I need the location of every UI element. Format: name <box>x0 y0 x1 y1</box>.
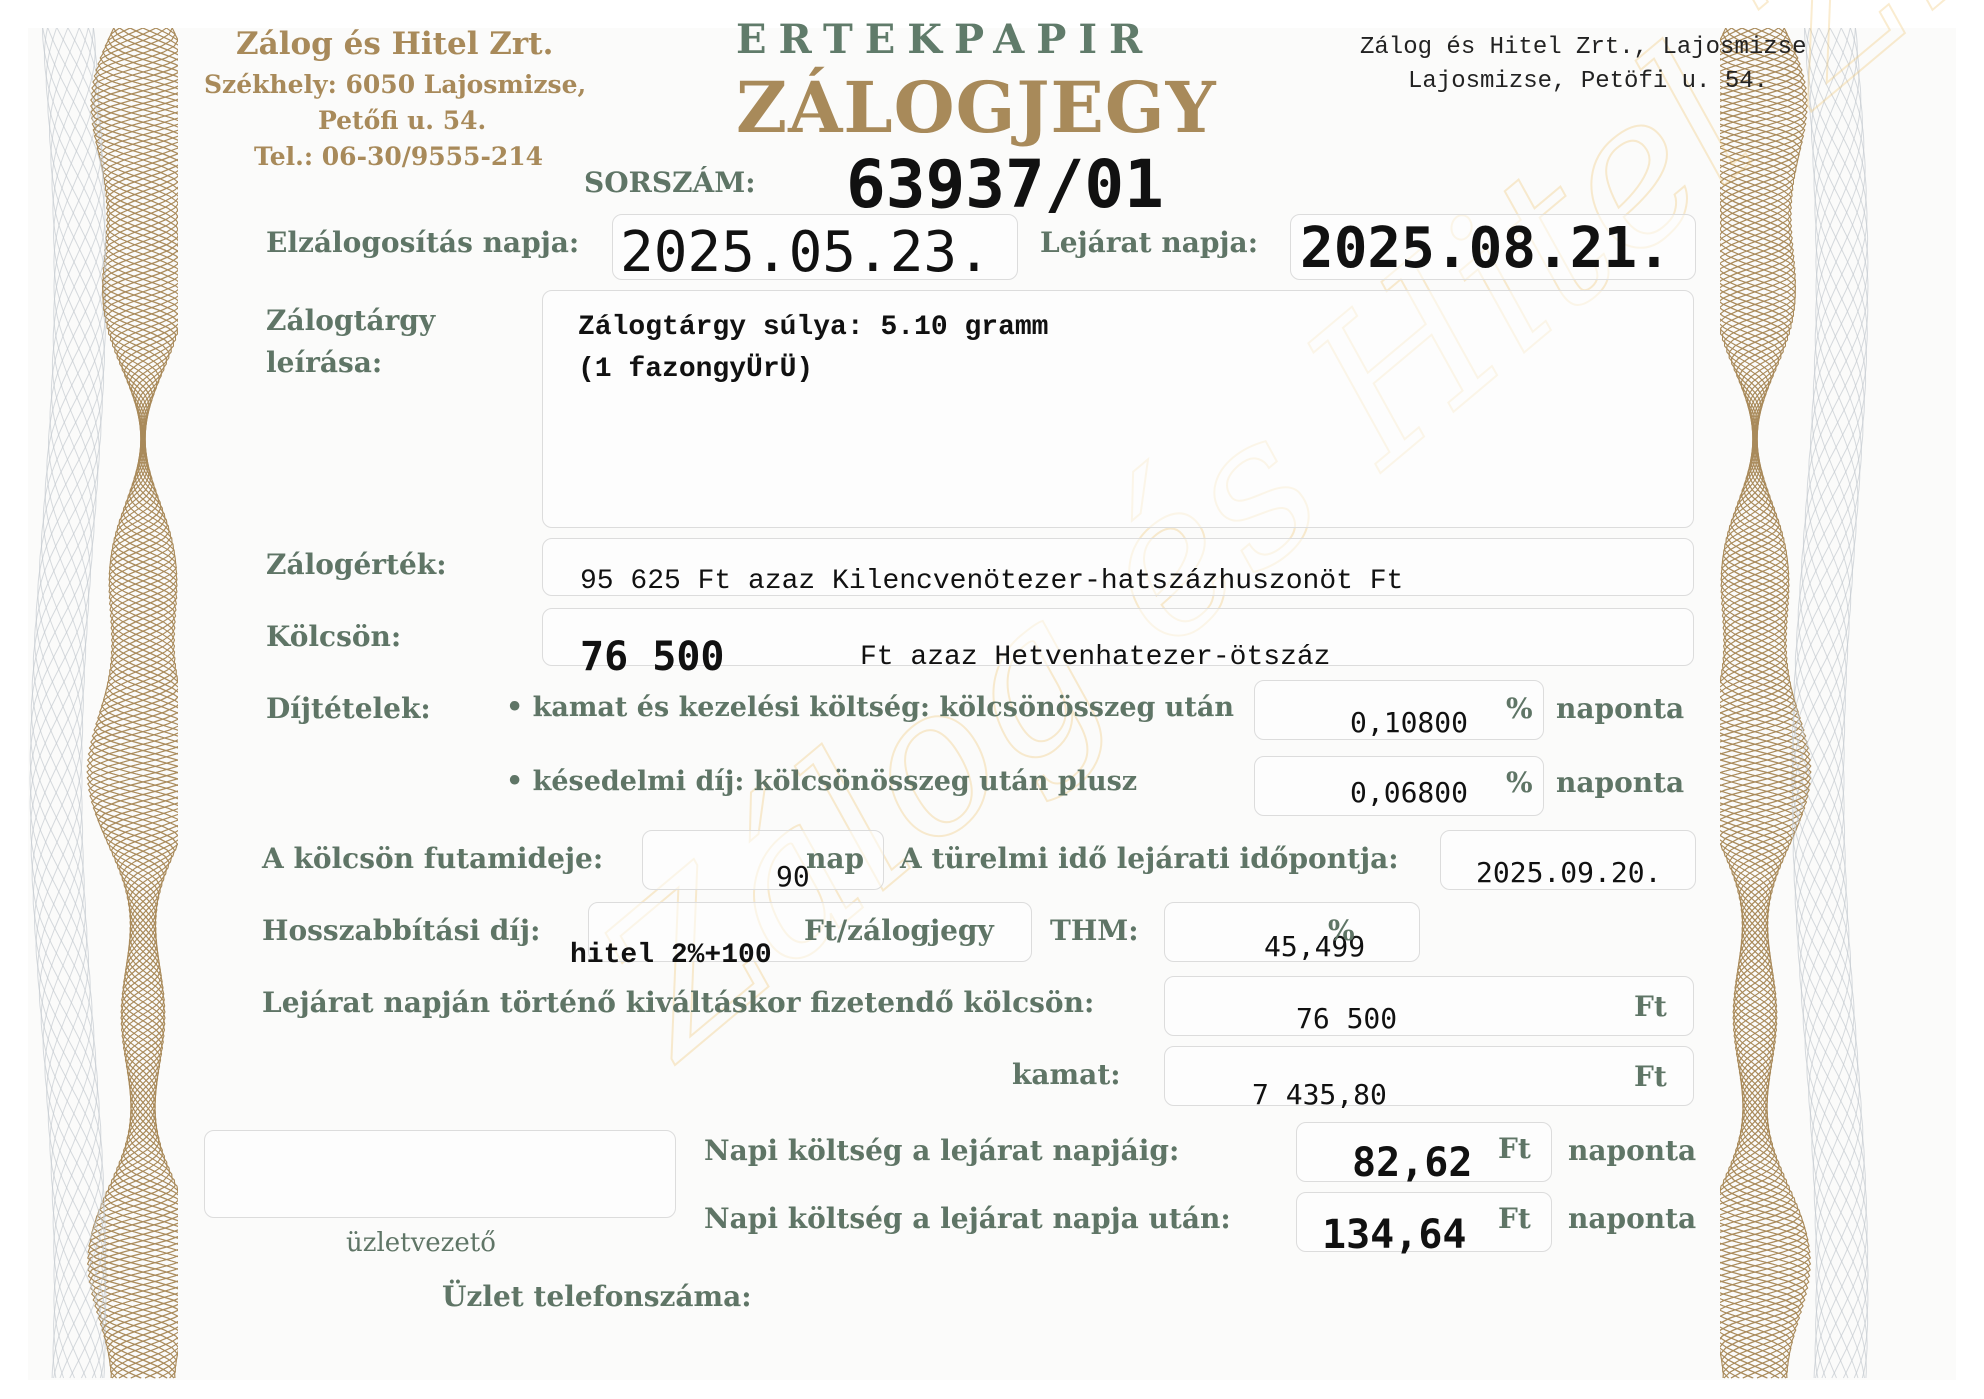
pledge-date-value: 2025.05.23. <box>620 220 991 285</box>
serial-number: 63937/01 <box>846 146 1164 223</box>
redemption-loan-currency: Ft <box>1634 990 1667 1023</box>
grace-period-value: 2025.09.20. <box>1476 856 1661 889</box>
pledge-date-label: Elzálogosítás napja: <box>266 226 579 259</box>
loan-amount-words: Ft azaz Hetvenhatezer-ötszáz <box>860 642 1330 673</box>
late-fee-per-day: naponta <box>1556 766 1684 799</box>
redemption-label: Lejárat napján történő kiváltáskor fizet… <box>262 986 1094 1019</box>
left-guilloche-border <box>28 28 178 1380</box>
shop-phone-label: Üzlet telefonszáma: <box>442 1280 752 1313</box>
daily-cost-until-currency: Ft <box>1498 1132 1531 1165</box>
interest-fee-value: 0,10800 <box>1350 706 1468 739</box>
redemption-interest-currency: Ft <box>1634 1060 1667 1093</box>
daily-cost-after-label: Napi költség a lejárat napja után: <box>704 1202 1231 1235</box>
loan-amount: 76 500 <box>580 634 725 680</box>
issuer-seat: Székhely: 6050 Lajosmizse, <box>204 70 586 99</box>
interest-fee-label: • kamat és kezelési költség: kölcsönössz… <box>506 692 1234 723</box>
late-fee-label: • késedelmi díj: kölcsönösszeg után plus… <box>506 766 1137 797</box>
expiry-date-label: Lejárat napja: <box>1040 226 1258 259</box>
redemption-loan-value: 76 500 <box>1296 1002 1397 1035</box>
extension-fee-label: Hosszabbítási díj: <box>262 914 540 947</box>
extension-fee-value: hitel 2%+100 <box>570 940 772 971</box>
item-label-1: Zálogtárgy <box>266 304 435 337</box>
redemption-interest-box <box>1164 1046 1694 1106</box>
serial-label: SORSZÁM: <box>584 166 756 199</box>
daily-cost-until-per-day: naponta <box>1568 1134 1696 1167</box>
thm-unit: % <box>1328 914 1355 947</box>
right-guilloche-border <box>1720 28 1870 1380</box>
manager-label: üzletvezető <box>346 1228 496 1258</box>
thm-label: THM: <box>1050 914 1139 947</box>
term-value: 90 <box>776 860 810 893</box>
grace-period-label: A türelmi idő lejárati időpontja: <box>900 842 1399 875</box>
issuer-phone: Tel.: 06-30/9555-214 <box>254 142 543 171</box>
issuer-name: Zálog és Hitel Zrt. <box>236 26 553 62</box>
redemption-interest-value: 7 435,80 <box>1252 1078 1387 1111</box>
daily-cost-until-label: Napi költség a lejárat napjáig: <box>704 1134 1179 1167</box>
redemption-interest-label: kamat: <box>1012 1058 1121 1091</box>
expiry-date-value: 2025.08.21. <box>1300 216 1671 281</box>
issuer-street: Petőfi u. 54. <box>318 106 486 135</box>
late-fee-percent: % <box>1506 766 1533 799</box>
late-fee-value: 0,06800 <box>1350 776 1468 809</box>
daily-cost-until-value: 82,62 <box>1352 1140 1472 1186</box>
interest-fee-percent: % <box>1506 692 1533 725</box>
manager-signature-box <box>204 1130 676 1218</box>
branch-line-1: Zálog és Hitel Zrt., Lajosmizse <box>1360 34 1806 61</box>
daily-cost-after-currency: Ft <box>1498 1202 1531 1235</box>
pledge-value-text: 95 625 Ft azaz Kilencvenötezer-hatszázhu… <box>580 566 1403 597</box>
item-label-2: leírása: <box>266 346 382 379</box>
extension-fee-unit: Ft/zálogjegy <box>804 914 994 947</box>
fees-label: Díjtételek: <box>266 692 431 725</box>
item-type: (1 fazongyÜrÜ) <box>578 354 813 385</box>
term-unit: nap <box>806 842 864 875</box>
title-pawn-ticket: ZÁLOGJEGY <box>736 66 1217 149</box>
item-weight: Zálogtárgy súlya: 5.10 gramm <box>578 312 1048 343</box>
daily-cost-after-value: 134,64 <box>1322 1212 1467 1258</box>
branch-line-2: Lajosmizse, Petöfi u. 54. <box>1408 68 1768 95</box>
interest-fee-per-day: naponta <box>1556 692 1684 725</box>
pledge-value-label: Zálogérték: <box>266 548 447 581</box>
title-securities: ERTEKPAPIR <box>736 16 1154 63</box>
daily-cost-after-per-day: naponta <box>1568 1202 1696 1235</box>
term-label: A kölcsön futamideje: <box>262 842 603 875</box>
loan-label: Kölcsön: <box>266 620 401 653</box>
redemption-loan-box <box>1164 976 1694 1036</box>
